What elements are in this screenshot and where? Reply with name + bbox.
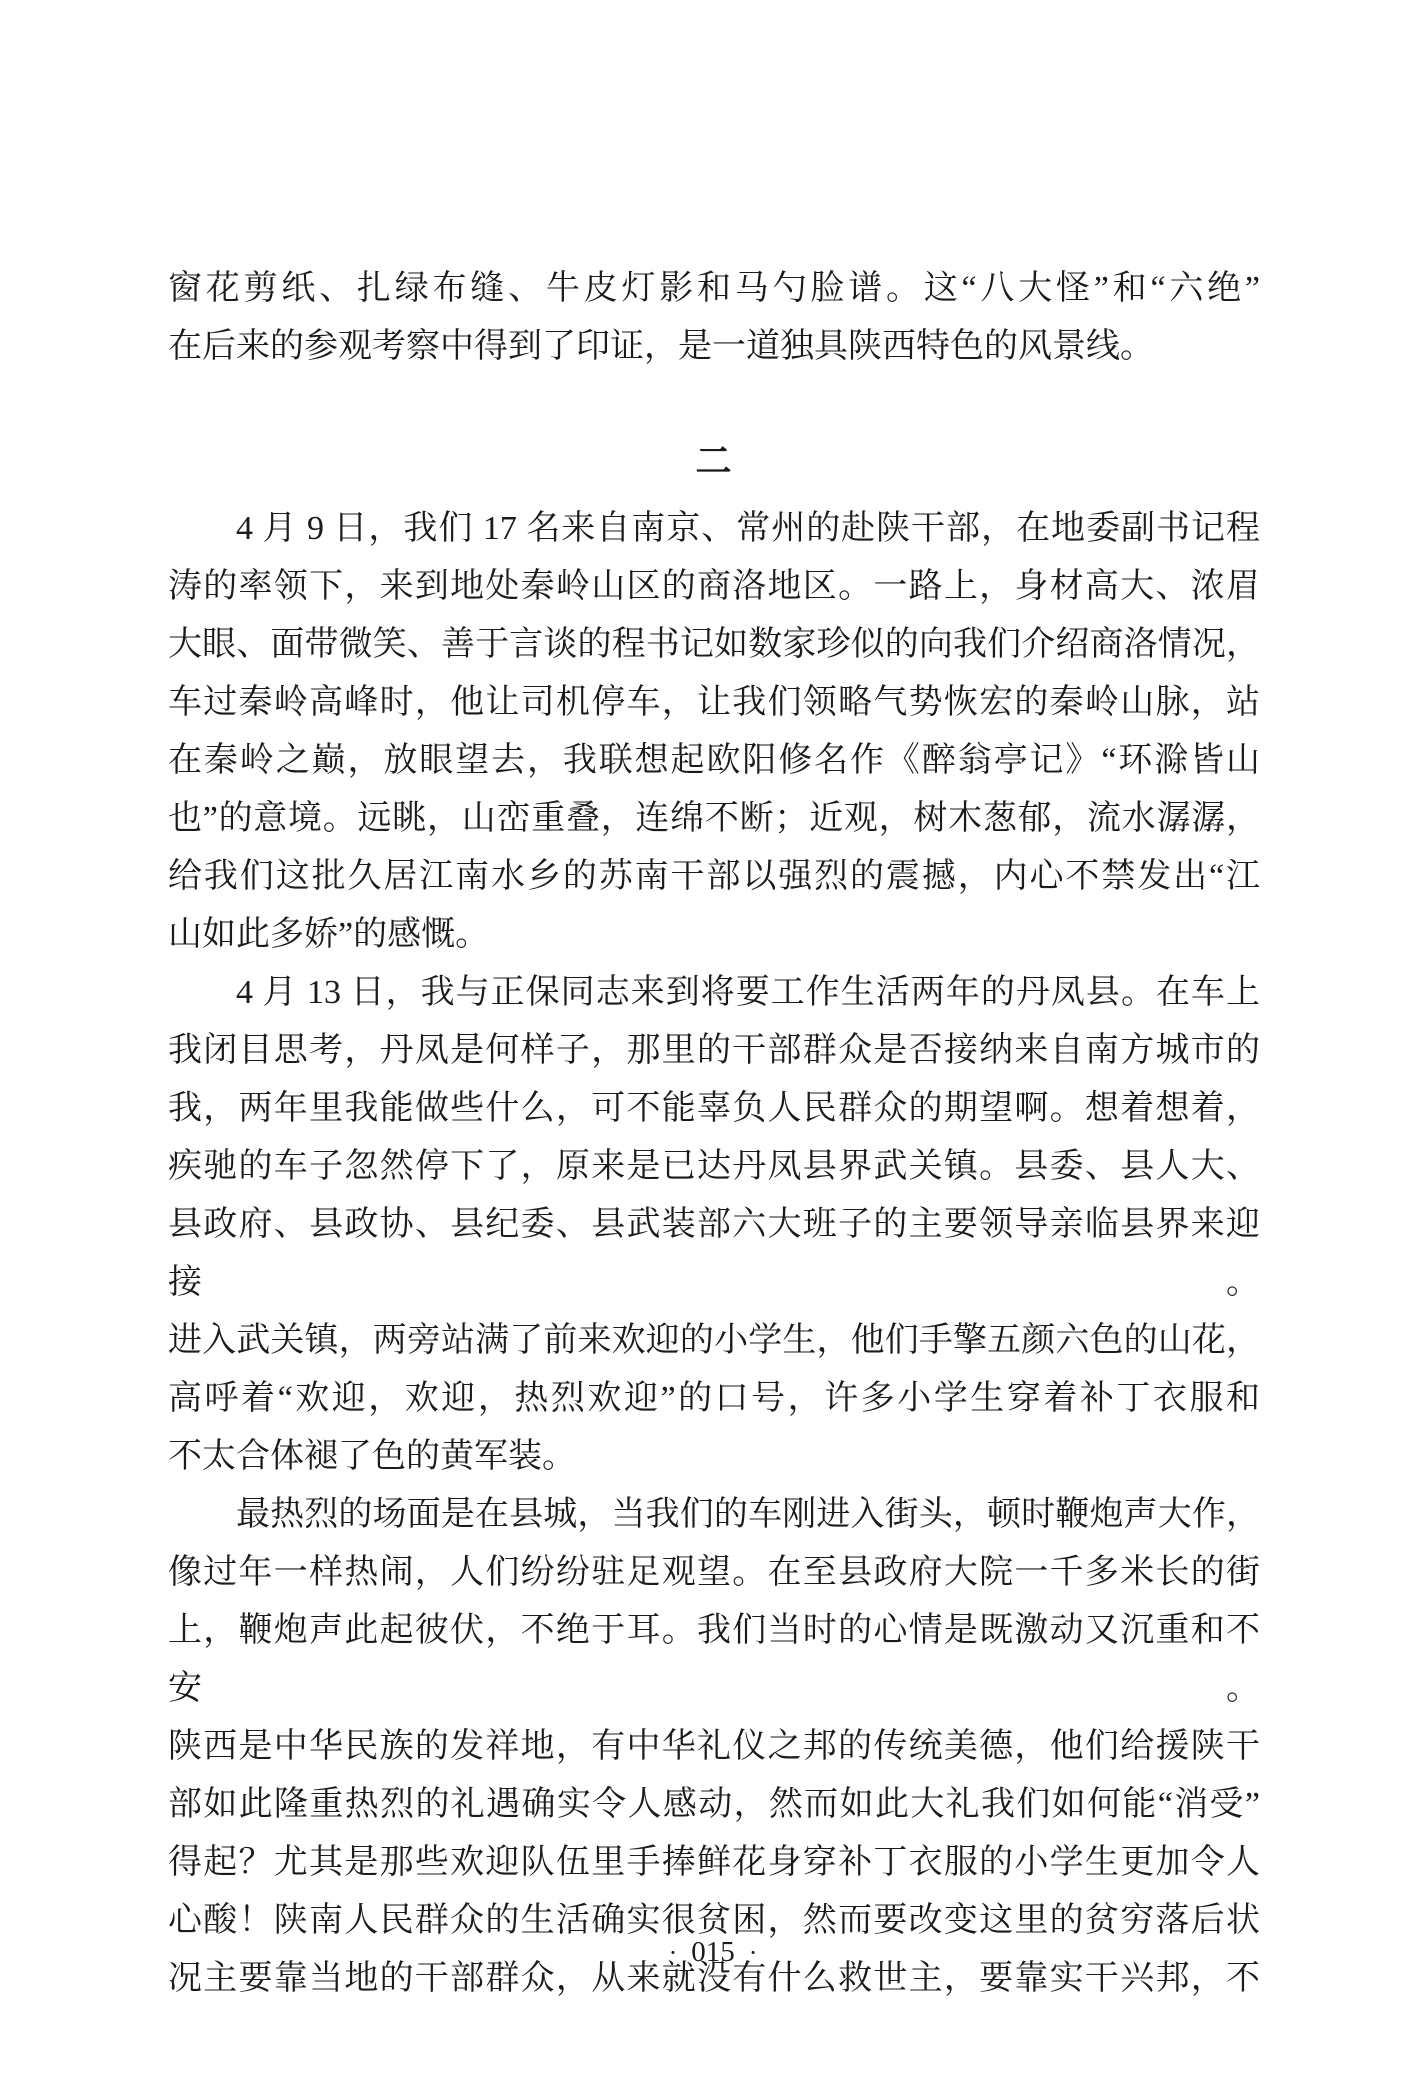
text-line: 也”的意境。远眺，山峦重叠，连绵不断；近观，树木葱郁，流水潺潺， xyxy=(168,790,1260,848)
section-heading: 二 xyxy=(168,432,1260,490)
text-line: 山如此多娇”的感慨。 xyxy=(168,906,1260,964)
text-line: 上，鞭炮声此起彼伏，不绝于耳。我们当时的心情是既激动又沉重和不安。 xyxy=(168,1602,1260,1718)
text-line: 疾驰的车子忽然停下了，原来是已达丹凤县界武关镇。县委、县人大、 xyxy=(168,1138,1260,1196)
text-line: 部如此隆重热烈的礼遇确实令人感动，然而如此大礼我们如何能“消受” xyxy=(168,1776,1260,1834)
text-line: 4 月 13 日，我与正保同志来到将要工作生活两年的丹凤县。在车上 xyxy=(168,964,1260,1022)
text-line: 窗花剪纸、扎绿布缝、牛皮灯影和马勺脸谱。这“八大怪”和“六绝” xyxy=(168,260,1260,318)
text-line: 像过年一样热闹，人们纷纷驻足观望。在至县政府大院一千多米长的街 xyxy=(168,1544,1260,1602)
text-line: 得起？尤其是那些欢迎队伍里手捧鲜花身穿补丁衣服的小学生更加令人 xyxy=(168,1834,1260,1892)
footer-decoration-left: · xyxy=(655,1938,692,1967)
text-line: 陕西是中华民族的发祥地，有中华礼仪之邦的传统美德，他们给援陕干 xyxy=(168,1718,1260,1776)
text-line: 我，两年里我能做些什么，可不能辜负人民群众的期望啊。想着想着， xyxy=(168,1080,1260,1138)
page-number: 015 xyxy=(691,1936,735,1968)
text-line: 给我们这批久居江南水乡的苏南干部以强烈的震撼，内心不禁发出“江 xyxy=(168,848,1260,906)
page-footer: ·015· xyxy=(0,1932,1426,1973)
text-line: 在后来的参观考察中得到了印证，是一道独具陕西特色的风景线。 xyxy=(168,318,1260,376)
text-line: 进入武关镇，两旁站满了前来欢迎的小学生，他们手擎五颜六色的山花， xyxy=(168,1312,1260,1370)
text-line: 县政府、县政协、县纪委、县武装部六大班子的主要领导亲临县界来迎接。 xyxy=(168,1196,1260,1312)
text-line: 涛的率领下，来到地处秦岭山区的商洛地区。一路上，身材高大、浓眉 xyxy=(168,558,1260,616)
paragraph-continuation: 窗花剪纸、扎绿布缝、牛皮灯影和马勺脸谱。这“八大怪”和“六绝”在后来的参观考察中… xyxy=(168,260,1260,376)
text-line: 不太合体褪了色的黄军装。 xyxy=(168,1428,1260,1486)
text-line: 高呼着“欢迎，欢迎，热烈欢迎”的口号，许多小学生穿着补丁衣服和 xyxy=(168,1370,1260,1428)
book-page: 窗花剪纸、扎绿布缝、牛皮灯影和马勺脸谱。这“八大怪”和“六绝”在后来的参观考察中… xyxy=(0,0,1426,2095)
paragraph: 最热烈的场面是在县城，当我们的车刚进入街头，顿时鞭炮声大作，像过年一样热闹，人们… xyxy=(168,1486,1260,2008)
text-line: 最热烈的场面是在县城，当我们的车刚进入街头，顿时鞭炮声大作， xyxy=(168,1486,1260,1544)
text-block: 窗花剪纸、扎绿布缝、牛皮灯影和马勺脸谱。这“八大怪”和“六绝”在后来的参观考察中… xyxy=(168,260,1260,2008)
paragraph: 4 月 9 日，我们 17 名来自南京、常州的赴陕干部，在地委副书记程涛的率领下… xyxy=(168,500,1260,964)
paragraph: 4 月 13 日，我与正保同志来到将要工作生活两年的丹凤县。在车上我闭目思考，丹… xyxy=(168,964,1260,1486)
text-line: 大眼、面带微笑、善于言谈的程书记如数家珍似的向我们介绍商洛情况， xyxy=(168,616,1260,674)
text-line: 车过秦岭高峰时，他让司机停车，让我们领略气势恢宏的秦岭山脉，站 xyxy=(168,674,1260,732)
text-line: 我闭目思考，丹凤是何样子，那里的干部群众是否接纳来自南方城市的 xyxy=(168,1022,1260,1080)
footer-decoration-right: · xyxy=(735,1938,772,1967)
text-line: 在秦岭之巅，放眼望去，我联想起欧阳修名作《醉翁亭记》“环滁皆山 xyxy=(168,732,1260,790)
text-line: 4 月 9 日，我们 17 名来自南京、常州的赴陕干部，在地委副书记程 xyxy=(168,500,1260,558)
